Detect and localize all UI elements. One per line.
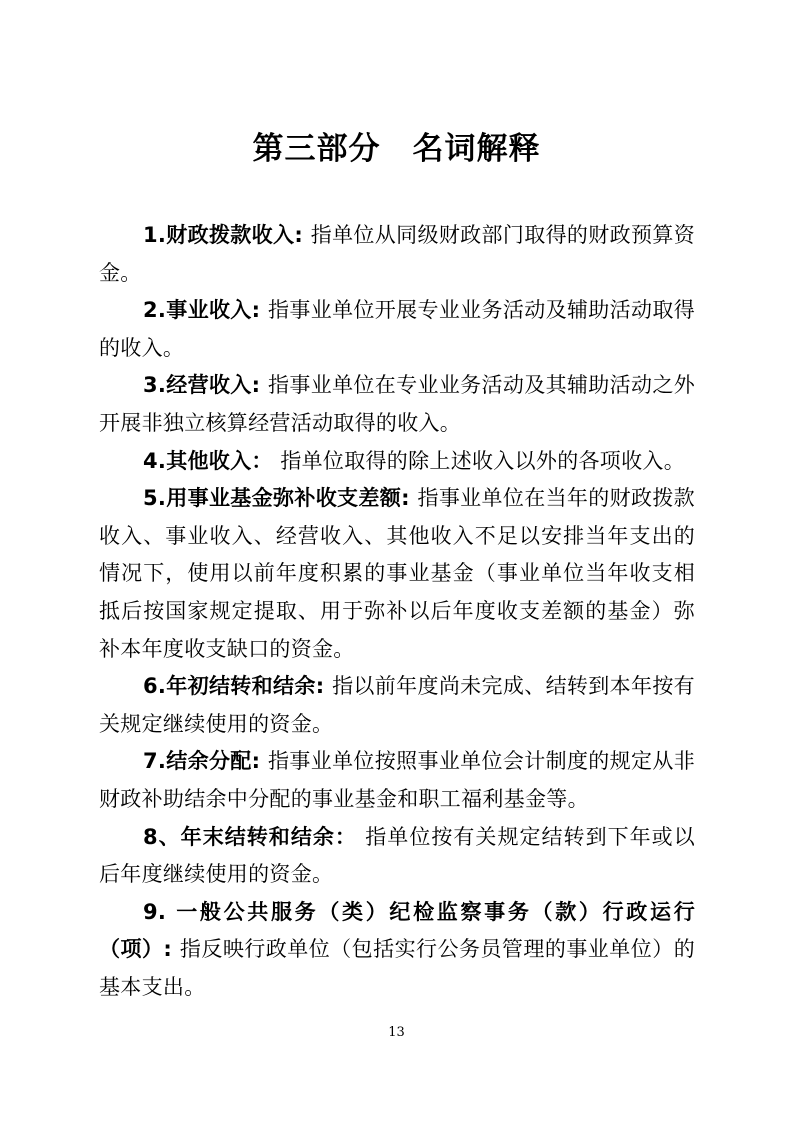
glossary-item-1: 1.财政拨款收入: 指单位从同级财政部门取得的财政预算资金。 xyxy=(99,217,695,292)
glossary-item-9: 9. 一般公共服务（类）纪检监察事务（款）行政运行（项）: 指反映行政单位（包括… xyxy=(99,894,695,1007)
glossary-item-2: 2.事业收入: 指事业单位开展专业业务活动及辅助活动取得的收入。 xyxy=(99,292,695,367)
glossary-item-6: 6.年初结转和结余: 指以前年度尚未完成、结转到本年按有关规定继续使用的资金。 xyxy=(99,668,695,743)
term-definition: 指反映行政单位（包括实行公务员管理的事业单位）的基本支出。 xyxy=(99,937,695,999)
glossary-item-3: 3.经营收入: 指事业单位在专业业务活动及其辅助活动之外开展非独立核算经营活动取… xyxy=(99,367,695,442)
term-definition: 指事业单位在当年的财政拨款收入、事业收入、经营收入、其他收入不足以安排当年支出的… xyxy=(99,486,695,660)
page-title: 第三部分 名词解释 xyxy=(0,129,793,169)
term-label: 5.用事业基金弥补收支差额: xyxy=(143,486,417,510)
term-label: 4.其他收入： xyxy=(143,449,280,473)
glossary-item-4: 4.其他收入： 指单位取得的除上述收入以外的各项收入。 xyxy=(99,443,695,481)
document-page: 第三部分 名词解释 1.财政拨款收入: 指单位从同级财政部门取得的财政预算资金。… xyxy=(0,0,793,1122)
term-definition: 指单位取得的除上述收入以外的各项收入。 xyxy=(280,449,685,473)
glossary-item-7: 7.结余分配: 指事业单位按照事业单位会计制度的规定从非财政补助结余中分配的事业… xyxy=(99,743,695,818)
document-body: 1.财政拨款收入: 指单位从同级财政部门取得的财政预算资金。 2.事业收入: 指… xyxy=(99,217,695,1006)
term-label: 3.经营收入: xyxy=(143,373,268,397)
term-label: 2.事业收入: xyxy=(143,298,268,322)
term-label: 6.年初结转和结余: xyxy=(143,674,332,698)
glossary-item-5: 5.用事业基金弥补收支差额: 指事业单位在当年的财政拨款收入、事业收入、经营收入… xyxy=(99,480,695,668)
term-label: 7.结余分配: xyxy=(143,749,268,773)
term-label: 1.财政拨款收入: xyxy=(143,223,311,247)
page-number: 13 xyxy=(0,1024,793,1042)
term-label: 8、年末结转和结余： xyxy=(143,825,365,849)
glossary-item-8: 8、年末结转和结余： 指单位按有关规定结转到下年或以后年度继续使用的资金。 xyxy=(99,819,695,894)
